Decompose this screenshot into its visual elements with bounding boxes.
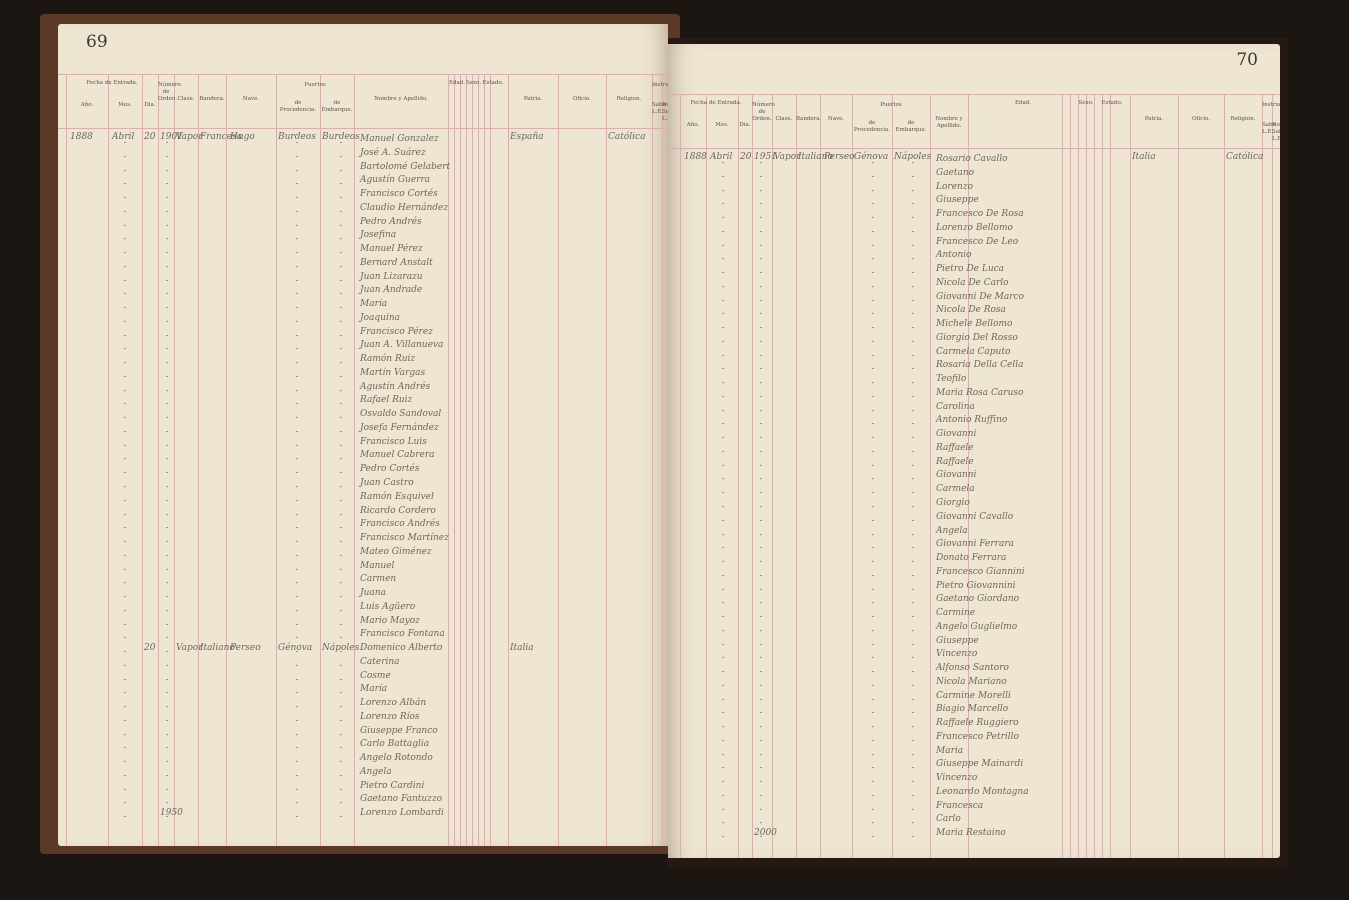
header-edad: Edad. [448, 80, 466, 87]
column-rule [484, 74, 485, 846]
ditto-mark [912, 286, 914, 287]
ditto-mark [912, 355, 914, 356]
ditto-mark [296, 403, 298, 404]
ditto-mark [722, 534, 724, 535]
column-rule [1224, 94, 1225, 858]
ditto-mark [872, 506, 874, 507]
ditto-mark [296, 802, 298, 803]
ditto-mark [166, 789, 168, 790]
column-rule [820, 94, 821, 858]
ditto-mark [166, 582, 168, 583]
ditto-mark [872, 781, 874, 782]
passenger-name: Mario Mayoz [360, 616, 420, 626]
ditto-mark [722, 671, 724, 672]
ditto-mark [760, 423, 762, 424]
passenger-name: Manuel Gonzalez [360, 134, 439, 144]
column-rule [1062, 94, 1063, 858]
column-rule [226, 74, 227, 846]
ditto-mark [872, 671, 874, 672]
passenger-name: María [360, 684, 387, 694]
ditto-mark [722, 410, 724, 411]
ditto-mark [340, 706, 342, 707]
ditto-mark [296, 293, 298, 294]
passenger-name: Ramón Ruiz [360, 354, 415, 364]
ditto-mark [166, 348, 168, 349]
ditto-mark [166, 596, 168, 597]
ditto-mark [166, 527, 168, 528]
header-bandera: Bandera. [796, 116, 820, 123]
ditto-mark [124, 238, 126, 239]
ditto-mark [760, 809, 762, 810]
ditto-mark [166, 362, 168, 363]
ditto-mark [124, 252, 126, 253]
header-mes: Mes. [108, 102, 142, 109]
ditto-mark [296, 458, 298, 459]
ditto-mark [166, 651, 168, 652]
ditto-mark [296, 610, 298, 611]
ditto-mark [912, 451, 914, 452]
ditto-mark [872, 437, 874, 438]
passenger-name: Giovanni [936, 429, 976, 439]
ditto-mark [872, 410, 874, 411]
ditto-mark [760, 382, 762, 383]
ditto-mark [722, 781, 724, 782]
header-oficio: Oficio. [558, 96, 606, 103]
ditto-mark [166, 720, 168, 721]
ditto-mark [912, 712, 914, 713]
header-ano: Año. [66, 102, 108, 109]
ditto-mark [166, 692, 168, 693]
ditto-mark [872, 492, 874, 493]
ditto-mark [872, 630, 874, 631]
ditto-mark [340, 582, 342, 583]
entry-order: 2000 [754, 828, 777, 838]
column-rule [490, 74, 491, 846]
ditto-mark [760, 575, 762, 576]
ditto-mark [296, 431, 298, 432]
passenger-name: Osvaldo Sandoval [360, 409, 441, 419]
ditto-mark [166, 225, 168, 226]
ditto-mark [760, 726, 762, 727]
column-rule [158, 74, 159, 846]
passenger-name: Carolina [936, 402, 975, 412]
ditto-mark [760, 300, 762, 301]
ditto-mark [124, 500, 126, 501]
passenger-name: Carmen [360, 574, 396, 584]
ditto-mark [166, 293, 168, 294]
entry-origin: Génova [854, 152, 888, 162]
ditto-mark [340, 266, 342, 267]
ditto-mark [912, 492, 914, 493]
ditto-mark [124, 280, 126, 281]
passenger-name: Carmine Morelli [936, 691, 1011, 701]
column-rule [1130, 94, 1131, 858]
ditto-mark [760, 822, 762, 823]
ditto-mark [166, 142, 168, 143]
ditto-mark [872, 547, 874, 548]
ditto-mark [296, 692, 298, 693]
ditto-mark [760, 396, 762, 397]
ditto-mark [722, 478, 724, 479]
ditto-mark [912, 368, 914, 369]
passenger-name: Lorenzo Albán [360, 698, 426, 708]
ditto-mark [912, 795, 914, 796]
ditto-mark [912, 437, 914, 438]
passenger-name: Giorgio Del Rosso [936, 333, 1018, 343]
ditto-mark [722, 726, 724, 727]
passenger-name: Gaetano Fantuzzo [360, 794, 442, 804]
ditto-mark [124, 458, 126, 459]
column-rule [1078, 94, 1079, 858]
ditto-mark [722, 575, 724, 576]
ditto-mark [760, 520, 762, 521]
ditto-mark [166, 252, 168, 253]
header-ano: Año. [680, 122, 706, 129]
ditto-mark [296, 734, 298, 735]
passenger-name: Juan Andrade [360, 285, 422, 295]
ditto-mark [124, 596, 126, 597]
ditto-mark [166, 170, 168, 171]
passenger-name: Giuseppe [936, 195, 979, 205]
passenger-name: Raffaele [936, 457, 974, 467]
ditto-mark [872, 162, 874, 163]
entry-embark: Nápoles [322, 643, 359, 653]
header-estado: Estado. [1094, 100, 1130, 107]
passenger-name: Giovanni Ferrara [936, 539, 1014, 549]
column-rule [1086, 94, 1087, 858]
ditto-mark [296, 720, 298, 721]
column-rule [108, 74, 109, 846]
ditto-mark [722, 258, 724, 259]
passenger-name: Giorgio [936, 498, 970, 508]
ditto-mark [166, 445, 168, 446]
ditto-mark [760, 465, 762, 466]
entry-religion: Católica [608, 132, 645, 142]
passenger-name: Pietro De Luca [936, 264, 1004, 274]
passenger-name: Francesco De Leo [936, 237, 1018, 247]
ditto-mark [296, 582, 298, 583]
passenger-name: Angelo Guglielmo [936, 622, 1017, 632]
ditto-mark [124, 197, 126, 198]
ditto-mark [340, 431, 342, 432]
header-sexo: Sexo. [466, 80, 478, 87]
ditto-mark [912, 547, 914, 548]
ditto-mark [912, 809, 914, 810]
ditto-mark [912, 465, 914, 466]
passenger-name: Francisco Luis [360, 437, 427, 447]
passenger-name: Ramón Esquivel [360, 492, 434, 502]
ditto-mark [124, 170, 126, 171]
ditto-mark [340, 610, 342, 611]
ditto-mark [340, 458, 342, 459]
ditto-mark [722, 245, 724, 246]
column-rule [198, 74, 199, 846]
ditto-mark [760, 547, 762, 548]
ditto-mark [912, 561, 914, 562]
ditto-mark [340, 211, 342, 212]
page-number: 69 [86, 32, 108, 52]
passenger-name: Francisco Fontana [360, 629, 445, 639]
ditto-mark [296, 376, 298, 377]
ditto-mark [296, 183, 298, 184]
passenger-name: Francisco Cortés [360, 189, 438, 199]
ditto-mark [872, 355, 874, 356]
ditto-mark [124, 706, 126, 707]
ditto-mark [912, 657, 914, 658]
ditto-mark [166, 665, 168, 666]
ditto-mark [722, 767, 724, 768]
ditto-mark [760, 451, 762, 452]
ditto-mark [296, 225, 298, 226]
ditto-mark [760, 699, 762, 700]
column-rule [738, 94, 739, 858]
ditto-mark [166, 679, 168, 680]
ditto-mark [340, 555, 342, 556]
header-rule [58, 128, 668, 129]
column-rule [174, 74, 175, 846]
ditto-mark [296, 307, 298, 308]
passenger-name: Francisco Andrés [360, 519, 440, 529]
passenger-name: Angela [360, 767, 392, 777]
ditto-mark [296, 761, 298, 762]
ditto-mark [760, 203, 762, 204]
ditto-mark [872, 616, 874, 617]
entry-year: 1888 [70, 132, 93, 142]
ditto-mark [124, 637, 126, 638]
ditto-mark [340, 280, 342, 281]
passenger-name: Alfonso Santoro [936, 663, 1009, 673]
ditto-mark [760, 630, 762, 631]
ditto-mark [296, 500, 298, 501]
ditto-mark [124, 692, 126, 693]
passenger-name: Giuseppe Mainardi [936, 759, 1023, 769]
passenger-name: Teofilo [936, 374, 966, 384]
ditto-mark [872, 561, 874, 562]
ditto-mark [912, 176, 914, 177]
ditto-mark [340, 514, 342, 515]
passenger-name: Giuseppe Franco [360, 726, 438, 736]
passenger-name: Giovanni Cavallo [936, 512, 1013, 522]
ditto-mark [340, 321, 342, 322]
ditto-mark [340, 569, 342, 570]
passenger-name: Raffaele Ruggiero [936, 718, 1019, 728]
column-rule [1070, 94, 1071, 858]
ditto-mark [340, 789, 342, 790]
entry-embark: Burdeos [322, 132, 360, 142]
ditto-mark [296, 280, 298, 281]
ditto-mark [912, 630, 914, 631]
ditto-mark [722, 547, 724, 548]
column-rule [1094, 94, 1095, 858]
passenger-name: Agustín Andrés [360, 382, 430, 392]
ditto-mark [166, 486, 168, 487]
ditto-mark [872, 451, 874, 452]
ditto-mark [340, 170, 342, 171]
ditto-mark [124, 720, 126, 721]
header-sexo: Sexo. [1078, 100, 1094, 107]
ditto-mark [912, 644, 914, 645]
ditto-mark [166, 637, 168, 638]
passenger-name: Francisco Martínez [360, 533, 449, 543]
ditto-mark [912, 616, 914, 617]
ditto-mark [872, 644, 874, 645]
ditto-mark [124, 417, 126, 418]
ditto-mark [912, 341, 914, 342]
ditto-mark [722, 451, 724, 452]
entry-year: 1888 [684, 152, 707, 162]
ditto-mark [296, 445, 298, 446]
ditto-mark [340, 720, 342, 721]
header-no-sabe: No Sabe L.E. [1272, 122, 1280, 143]
ditto-mark [340, 403, 342, 404]
ditto-mark [166, 747, 168, 748]
ditto-mark [912, 740, 914, 741]
passenger-name: Leonardo Montagna [936, 787, 1029, 797]
column-rule [448, 74, 449, 846]
passenger-name: Juan Castro [360, 478, 414, 488]
ditto-mark [124, 555, 126, 556]
column-rule [752, 94, 753, 858]
passenger-name: Antonio [936, 250, 971, 260]
column-rule [772, 94, 773, 858]
header-fecha: Fecha de Entrada. [66, 80, 158, 87]
ditto-mark [296, 569, 298, 570]
column-rule [320, 74, 321, 846]
ditto-mark [912, 258, 914, 259]
ditto-mark [124, 183, 126, 184]
header-dia: Dia. [738, 122, 752, 129]
ditto-mark [296, 555, 298, 556]
header-rule [58, 74, 668, 75]
column-rule [1102, 94, 1103, 858]
ditto-mark [340, 348, 342, 349]
column-rule [1110, 94, 1111, 858]
ditto-mark [340, 692, 342, 693]
ditto-mark [124, 403, 126, 404]
ditto-mark [760, 616, 762, 617]
ditto-mark [722, 589, 724, 590]
ditto-mark [124, 569, 126, 570]
ditto-mark [124, 211, 126, 212]
ditto-mark [340, 802, 342, 803]
ditto-mark [722, 341, 724, 342]
passenger-name: Joaquina [360, 313, 400, 323]
column-rule [466, 74, 467, 846]
ditto-mark [124, 266, 126, 267]
ditto-mark [912, 506, 914, 507]
ditto-mark [872, 836, 874, 837]
header-nombres: Nombre y Apellido. [354, 96, 448, 103]
ditto-mark [722, 822, 724, 823]
ditto-mark [296, 348, 298, 349]
ditto-mark [340, 142, 342, 143]
ditto-mark [124, 348, 126, 349]
ditto-mark [872, 382, 874, 383]
ditto-mark [872, 795, 874, 796]
ditto-mark [722, 423, 724, 424]
ditto-mark [760, 712, 762, 713]
ditto-mark [296, 266, 298, 267]
ditto-mark [760, 190, 762, 191]
ditto-mark [124, 734, 126, 735]
ditto-mark [166, 183, 168, 184]
passenger-name: Angela [936, 526, 968, 536]
ditto-mark [722, 561, 724, 562]
ditto-mark [760, 162, 762, 163]
ditto-mark [166, 555, 168, 556]
ditto-mark [296, 637, 298, 638]
ditto-mark [722, 382, 724, 383]
ditto-mark [124, 527, 126, 528]
ditto-mark [912, 327, 914, 328]
ditto-mark [722, 300, 724, 301]
passenger-name: Biagio Marcello [936, 704, 1008, 714]
ditto-mark [166, 238, 168, 239]
ditto-mark [166, 734, 168, 735]
passenger-name: Mateo Giménez [360, 547, 432, 557]
ditto-mark [912, 313, 914, 314]
ditto-mark [166, 280, 168, 281]
passenger-name: Francesca [936, 801, 983, 811]
ditto-mark [872, 327, 874, 328]
passenger-name: Carlo Battaglia [360, 739, 429, 749]
ditto-mark [124, 362, 126, 363]
ditto-mark [340, 293, 342, 294]
ditto-mark [722, 231, 724, 232]
ditto-mark [296, 596, 298, 597]
ditto-mark [166, 500, 168, 501]
passenger-name: Francesco Petrillo [936, 732, 1019, 742]
header-procedencia: de Procedencia. [852, 120, 892, 134]
ditto-mark [722, 465, 724, 466]
ditto-mark [124, 390, 126, 391]
ditto-mark [124, 802, 126, 803]
passenger-name: Pedro Cortés [360, 464, 420, 474]
entry-day: 20 [740, 152, 751, 162]
ditto-mark [296, 514, 298, 515]
ditto-mark [124, 142, 126, 143]
header-nave: Nave. [226, 96, 276, 103]
ditto-mark [340, 527, 342, 528]
ditto-mark [760, 671, 762, 672]
ditto-mark [722, 286, 724, 287]
ditto-mark [760, 602, 762, 603]
ditto-mark [166, 458, 168, 459]
passenger-name: Domenico Alberto [360, 643, 442, 653]
passenger-name: Manuel Pérez [360, 244, 423, 254]
ditto-mark [340, 445, 342, 446]
passenger-name: Ricardo Cordero [360, 506, 436, 516]
column-rule [478, 74, 479, 846]
column-rule [454, 74, 455, 846]
ditto-mark [296, 679, 298, 680]
ditto-mark [912, 203, 914, 204]
header-nave: Nave. [820, 116, 852, 123]
ditto-mark [912, 231, 914, 232]
ditto-mark [340, 417, 342, 418]
ditto-mark [912, 190, 914, 191]
passenger-name: Nicola Mariano [936, 677, 1007, 687]
ditto-mark [760, 534, 762, 535]
passenger-name: Giovanni [936, 470, 976, 480]
ditto-mark [166, 197, 168, 198]
ditto-mark [166, 403, 168, 404]
ditto-mark [760, 410, 762, 411]
ditto-mark [340, 624, 342, 625]
passenger-name: Cosme [360, 671, 391, 681]
ditto-mark [872, 190, 874, 191]
ditto-mark [912, 520, 914, 521]
